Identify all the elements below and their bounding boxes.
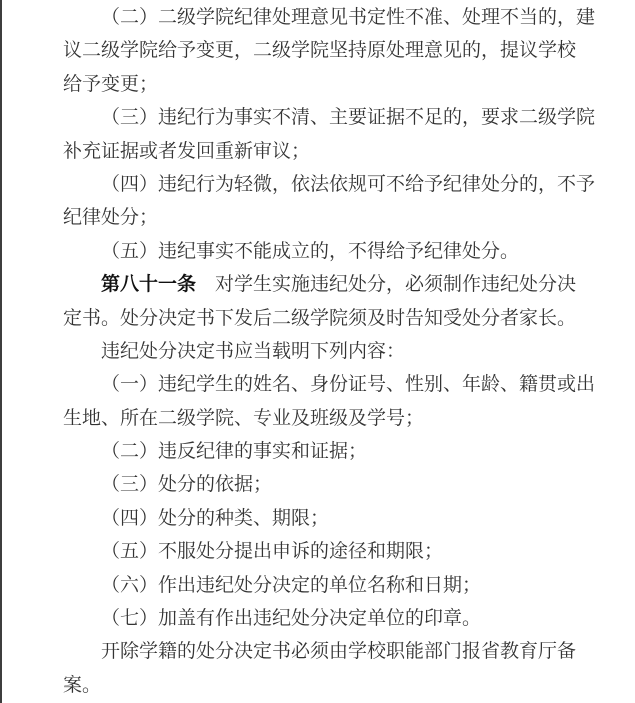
text-line: （一）违纪学生的姓名、身份证号、性别、年龄、籍贯或出 [63, 368, 603, 401]
document-page: （二）二级学院纪律处理意见书定性不准、处理不当的，建 议二级学院给予变更，二级学… [63, 1, 603, 702]
text-line: （五）违纪事实不能成立的，不得给予纪律处分。 [63, 235, 603, 268]
text-line: （三）违纪行为事实不清、主要证据不足的，要求二级学院 [63, 101, 603, 134]
text-line: 补充证据或者发回重新审议； [63, 135, 603, 168]
text-line: （二）二级学院纪律处理意见书定性不准、处理不当的，建 [63, 1, 603, 34]
page-left-border [0, 0, 2, 703]
text-line: 纪律处分； [63, 201, 603, 234]
text-line: （七）加盖有作出违纪处分决定单位的印章。 [63, 602, 603, 635]
text-line: 开除学籍的处分决定书必须由学校职能部门报省教育厅备 [63, 635, 603, 668]
text-line: （六）作出违纪处分决定的单位名称和日期； [63, 569, 603, 602]
text-line: （四）违纪行为轻微，依法依规可不给予纪律处分的，不予 [63, 168, 603, 201]
text-line: 违纪处分决定书应当载明下列内容： [63, 335, 603, 368]
text-line-article: 第八十一条 对学生实施违纪处分，必须制作违纪处分决 [63, 268, 603, 301]
text-line: 定书。处分决定书下发后二级学院须及时告知受处分者家长。 [63, 302, 603, 335]
article-text: 对学生实施违纪处分，必须制作违纪处分决 [196, 274, 576, 295]
text-line: 案。 [63, 669, 603, 702]
text-line: （五）不服处分提出申诉的途径和期限； [63, 535, 603, 568]
text-line: （二）违反纪律的事实和证据； [63, 435, 603, 468]
text-line: 给予变更； [63, 68, 603, 101]
text-line: 生地、所在二级学院、专业及班级及学号； [63, 402, 603, 435]
text-line: 议二级学院给予变更，二级学院坚持原处理意见的，提议学校 [63, 34, 603, 67]
article-number: 第八十一条 [101, 274, 196, 295]
text-line: （四）处分的种类、期限； [63, 502, 603, 535]
text-line: （三）处分的依据； [63, 468, 603, 501]
